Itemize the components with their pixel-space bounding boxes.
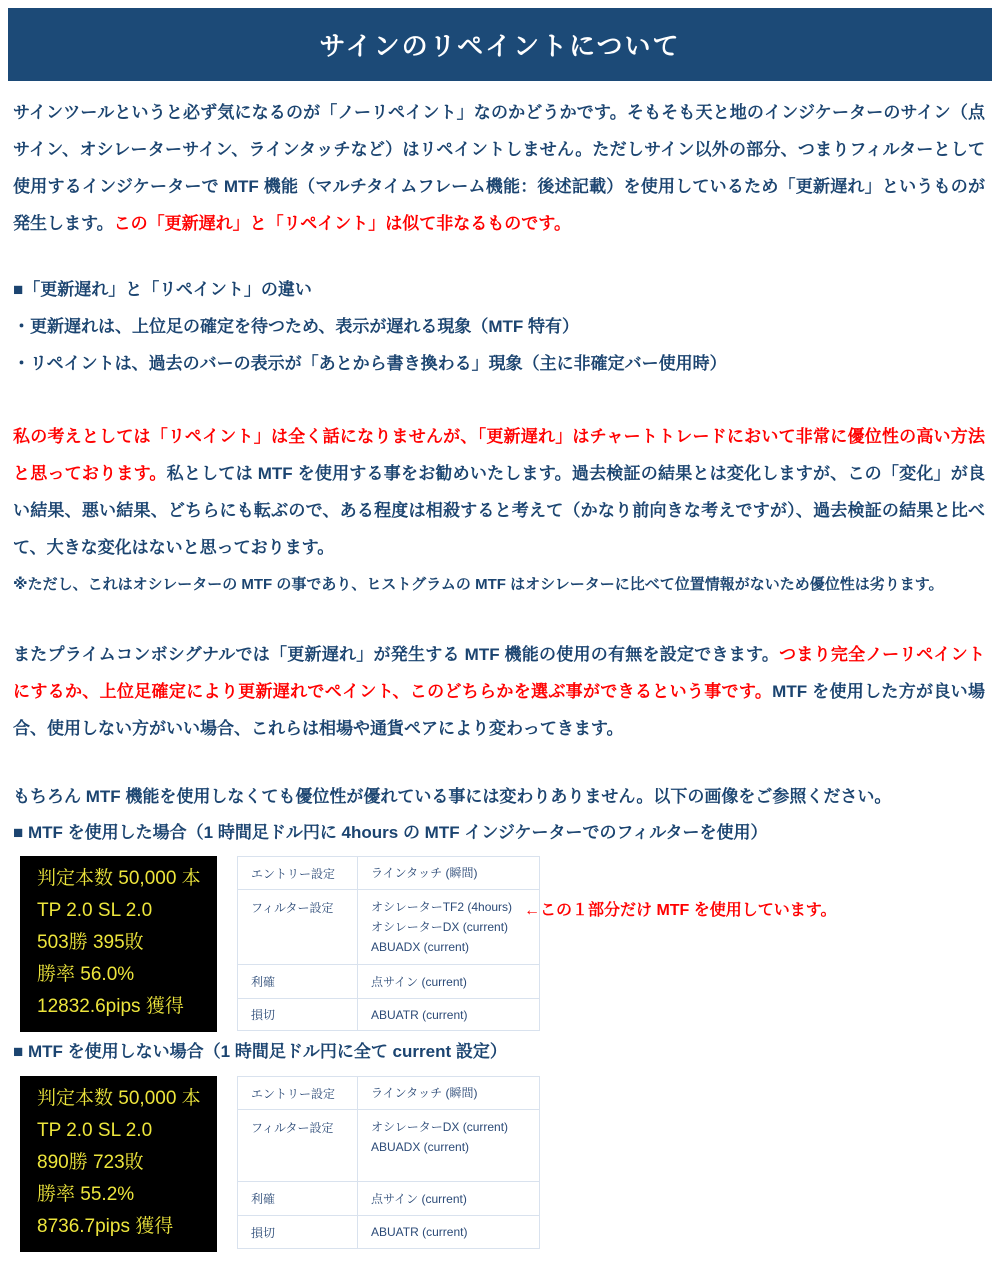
case-no-mtf-heading: ■ MTF を使用しない場合（1 時間足ドル円に全て current 設定） xyxy=(13,1033,985,1070)
title-banner: サインのリペイントについて xyxy=(8,8,992,81)
value-line: オシレーターTF2 (4hours) xyxy=(371,897,512,917)
settings-table-no-mtf: エントリー設定 ラインタッチ (瞬間) フィルター設定 オシレーターDX (cu… xyxy=(237,1076,540,1249)
row-value: ABUATR (current) xyxy=(358,1216,539,1248)
value-line: ABUADX (current) xyxy=(371,937,469,957)
mtf-annotation: ←この１部分だけ MTF を使用しています。 xyxy=(524,897,837,920)
row-label: エントリー設定 xyxy=(238,1077,358,1109)
result-line: TP 2.0 SL 2.0 xyxy=(37,1115,217,1147)
result-line: 勝率 55.2% xyxy=(37,1179,217,1211)
row-value: 点サイン (current) xyxy=(358,965,539,998)
value-line: オシレーターDX (current) xyxy=(371,1117,508,1137)
row-value: ラインタッチ (瞬間) xyxy=(358,1077,539,1109)
table-row-entry: エントリー設定 ラインタッチ (瞬間) xyxy=(238,1077,539,1110)
case-mtf-heading: ■ MTF を使用した場合（1 時間足ドル円に 4hours の MTF インジ… xyxy=(13,814,985,851)
value-line: ABUATR (current) xyxy=(371,1222,467,1242)
mtf-option-text-1: またプライムコンボシグナルでは「更新遅れ」が発生する MTF 機能の使用の有無を… xyxy=(13,645,779,664)
value-line: オシレーターDX (current) xyxy=(371,917,508,937)
value-line: 点サイン (current) xyxy=(371,1189,467,1209)
row-value: ABUATR (current) xyxy=(358,999,539,1030)
result-line: 890勝 723敗 xyxy=(37,1147,217,1179)
value-line: ラインタッチ (瞬間) xyxy=(371,1083,478,1103)
result-line: 勝率 56.0% xyxy=(37,959,217,991)
result-line: 判定本数 50,000 本 xyxy=(37,1083,217,1115)
page-title: サインのリペイントについて xyxy=(319,26,680,63)
result-line: TP 2.0 SL 2.0 xyxy=(37,895,217,927)
intro-paragraph: サインツールというと必ず気になるのが「ノーリペイント」なのかどうかです。そもそも… xyxy=(13,94,985,242)
row-value: オシレーターDX (current) ABUADX (current) xyxy=(358,1110,539,1181)
closing-paragraph: もちろん MTF 機能を使用しなくても優位性が優れている事には変わりありません。… xyxy=(13,778,985,815)
result-line: 判定本数 50,000 本 xyxy=(37,863,217,895)
result-line: 8736.7pips 獲得 xyxy=(37,1211,217,1243)
opinion-paragraph: 私の考えとしては「リペイント」は全く話になりませんが、「更新遅れ」はチャートトレ… xyxy=(13,418,985,566)
backtest-result-panel-no-mtf: 判定本数 50,000 本 TP 2.0 SL 2.0 890勝 723敗 勝率… xyxy=(20,1076,217,1252)
mtf-option-paragraph: またプライムコンボシグナルでは「更新遅れ」が発生する MTF 機能の使用の有無を… xyxy=(13,636,985,747)
backtest-result-panel-mtf: 判定本数 50,000 本 TP 2.0 SL 2.0 503勝 395敗 勝率… xyxy=(20,856,217,1032)
row-label: フィルター設定 xyxy=(238,1110,358,1181)
value-line: ABUATR (current) xyxy=(371,1005,467,1025)
table-row-filter: フィルター設定 オシレーターTF2 (4hours) オシレーターDX (cur… xyxy=(238,890,539,965)
difference-section: ■「更新遅れ」と「リペイント」の違い ・更新遅れは、上位足の確定を待つため、表示… xyxy=(13,271,985,382)
histogram-note: ※ただし、これはオシレーターの MTF の事であり、ヒストグラムの MTF はオ… xyxy=(13,572,985,598)
value-line: 点サイン (current) xyxy=(371,972,467,992)
table-row-take-profit: 利確 点サイン (current) xyxy=(238,1182,539,1216)
bullet-repaint: ・リペイントは、過去のバーの表示が「あとから書き換わる」現象（主に非確定バー使用… xyxy=(13,345,985,382)
difference-heading: ■「更新遅れ」と「リペイント」の違い xyxy=(13,271,985,308)
table-row-filter: フィルター設定 オシレーターDX (current) ABUADX (curre… xyxy=(238,1110,539,1182)
table-row-stop-loss: 損切 ABUATR (current) xyxy=(238,999,539,1030)
row-value: ラインタッチ (瞬間) xyxy=(358,857,539,889)
settings-table-mtf: エントリー設定 ラインタッチ (瞬間) フィルター設定 オシレーターTF2 (4… xyxy=(237,856,540,1031)
result-line: 503勝 395敗 xyxy=(37,927,217,959)
row-label: フィルター設定 xyxy=(238,890,358,964)
row-value: 点サイン (current) xyxy=(358,1182,539,1215)
table-row-take-profit: 利確 点サイン (current) xyxy=(238,965,539,999)
document-page: サインのリペイントについて サインツールというと必ず気になるのが「ノーリペイント… xyxy=(0,0,1000,1280)
row-label: 利確 xyxy=(238,1182,358,1215)
result-line: 12832.6pips 獲得 xyxy=(37,991,217,1023)
row-label: 利確 xyxy=(238,965,358,998)
table-row-entry: エントリー設定 ラインタッチ (瞬間) xyxy=(238,857,539,890)
row-label: エントリー設定 xyxy=(238,857,358,889)
row-label: 損切 xyxy=(238,999,358,1030)
row-label: 損切 xyxy=(238,1216,358,1248)
value-line: ABUADX (current) xyxy=(371,1137,469,1157)
intro-red-text: この「更新遅れ」と「リペイント」は似て非なるものです。 xyxy=(114,214,571,233)
value-line: ラインタッチ (瞬間) xyxy=(371,863,478,883)
table-row-stop-loss: 損切 ABUATR (current) xyxy=(238,1216,539,1248)
row-value: オシレーターTF2 (4hours) オシレーターDX (current) AB… xyxy=(358,890,539,964)
bullet-update-delay: ・更新遅れは、上位足の確定を待つため、表示が遅れる現象（MTF 特有） xyxy=(13,308,985,345)
